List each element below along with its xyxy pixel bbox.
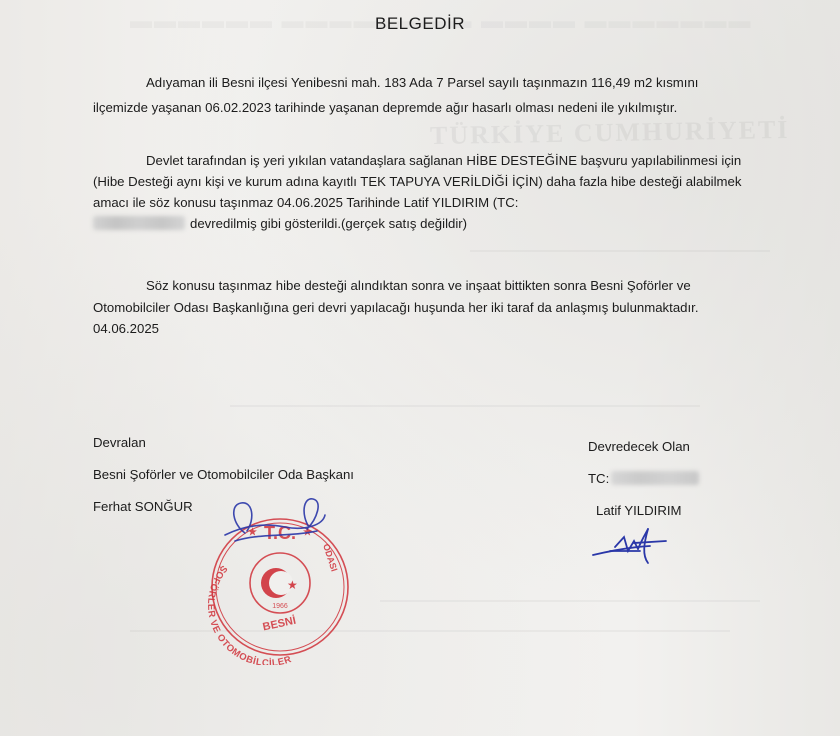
transferor-tc: TC: [588, 468, 699, 500]
paragraph-demolition: Adıyaman ili Besni ilçesi Yenibesni mah.… [93, 70, 753, 120]
document-title: BELGEDİR [0, 14, 840, 34]
svg-text:1966: 1966 [272, 603, 288, 610]
tc-label: TC: [588, 471, 609, 486]
transferor-label: Devredecek Olan [588, 436, 699, 468]
show-through-line [230, 405, 700, 407]
redacted-tc-number [611, 471, 699, 485]
show-through-line [380, 600, 760, 602]
paragraph-grant: Devlet tarafından iş yeri yıkılan vatand… [93, 150, 753, 234]
paragraph-text: Devlet tarafından iş yeri yıkılan vatand… [93, 153, 741, 210]
paragraph-text: devredilmiş gibi gösterildi.(gerçek satı… [190, 216, 467, 231]
svg-text:★: ★ [287, 578, 298, 592]
paragraph-text: Söz konusu taşınmaz hibe desteği alındık… [93, 278, 698, 336]
transferee-label: Devralan [93, 432, 354, 464]
paragraph-text: Adıyaman ili Besni ilçesi Yenibesni mah.… [93, 75, 698, 115]
paragraph-agreement: Söz konusu taşınmaz hibe desteği alındık… [93, 275, 753, 340]
document-page: ▬▬▬▬▬▬ ▬▬▬▬▬▬▬▬ ▬▬▬▬ ▬▬▬▬▬▬▬ TÜRKİYE CUM… [0, 0, 840, 736]
transferor-signature [590, 525, 690, 570]
transferee-role: Besni Şoförler ve Otomobilciler Oda Başk… [93, 464, 354, 496]
transferor-block: Devredecek Olan TC: Latif YILDIRIM [588, 436, 699, 532]
redacted-tc-number [93, 216, 185, 230]
show-through-line [470, 250, 770, 252]
svg-text:BESNİ: BESNİ [261, 614, 297, 634]
show-through-text: TÜRKİYE CUMHURİYETİ [430, 115, 790, 151]
official-stamp: T.C. ★ ★ BESNİ ŞOFÖRLER VE OTOMOBİLCİLER… [205, 495, 355, 665]
